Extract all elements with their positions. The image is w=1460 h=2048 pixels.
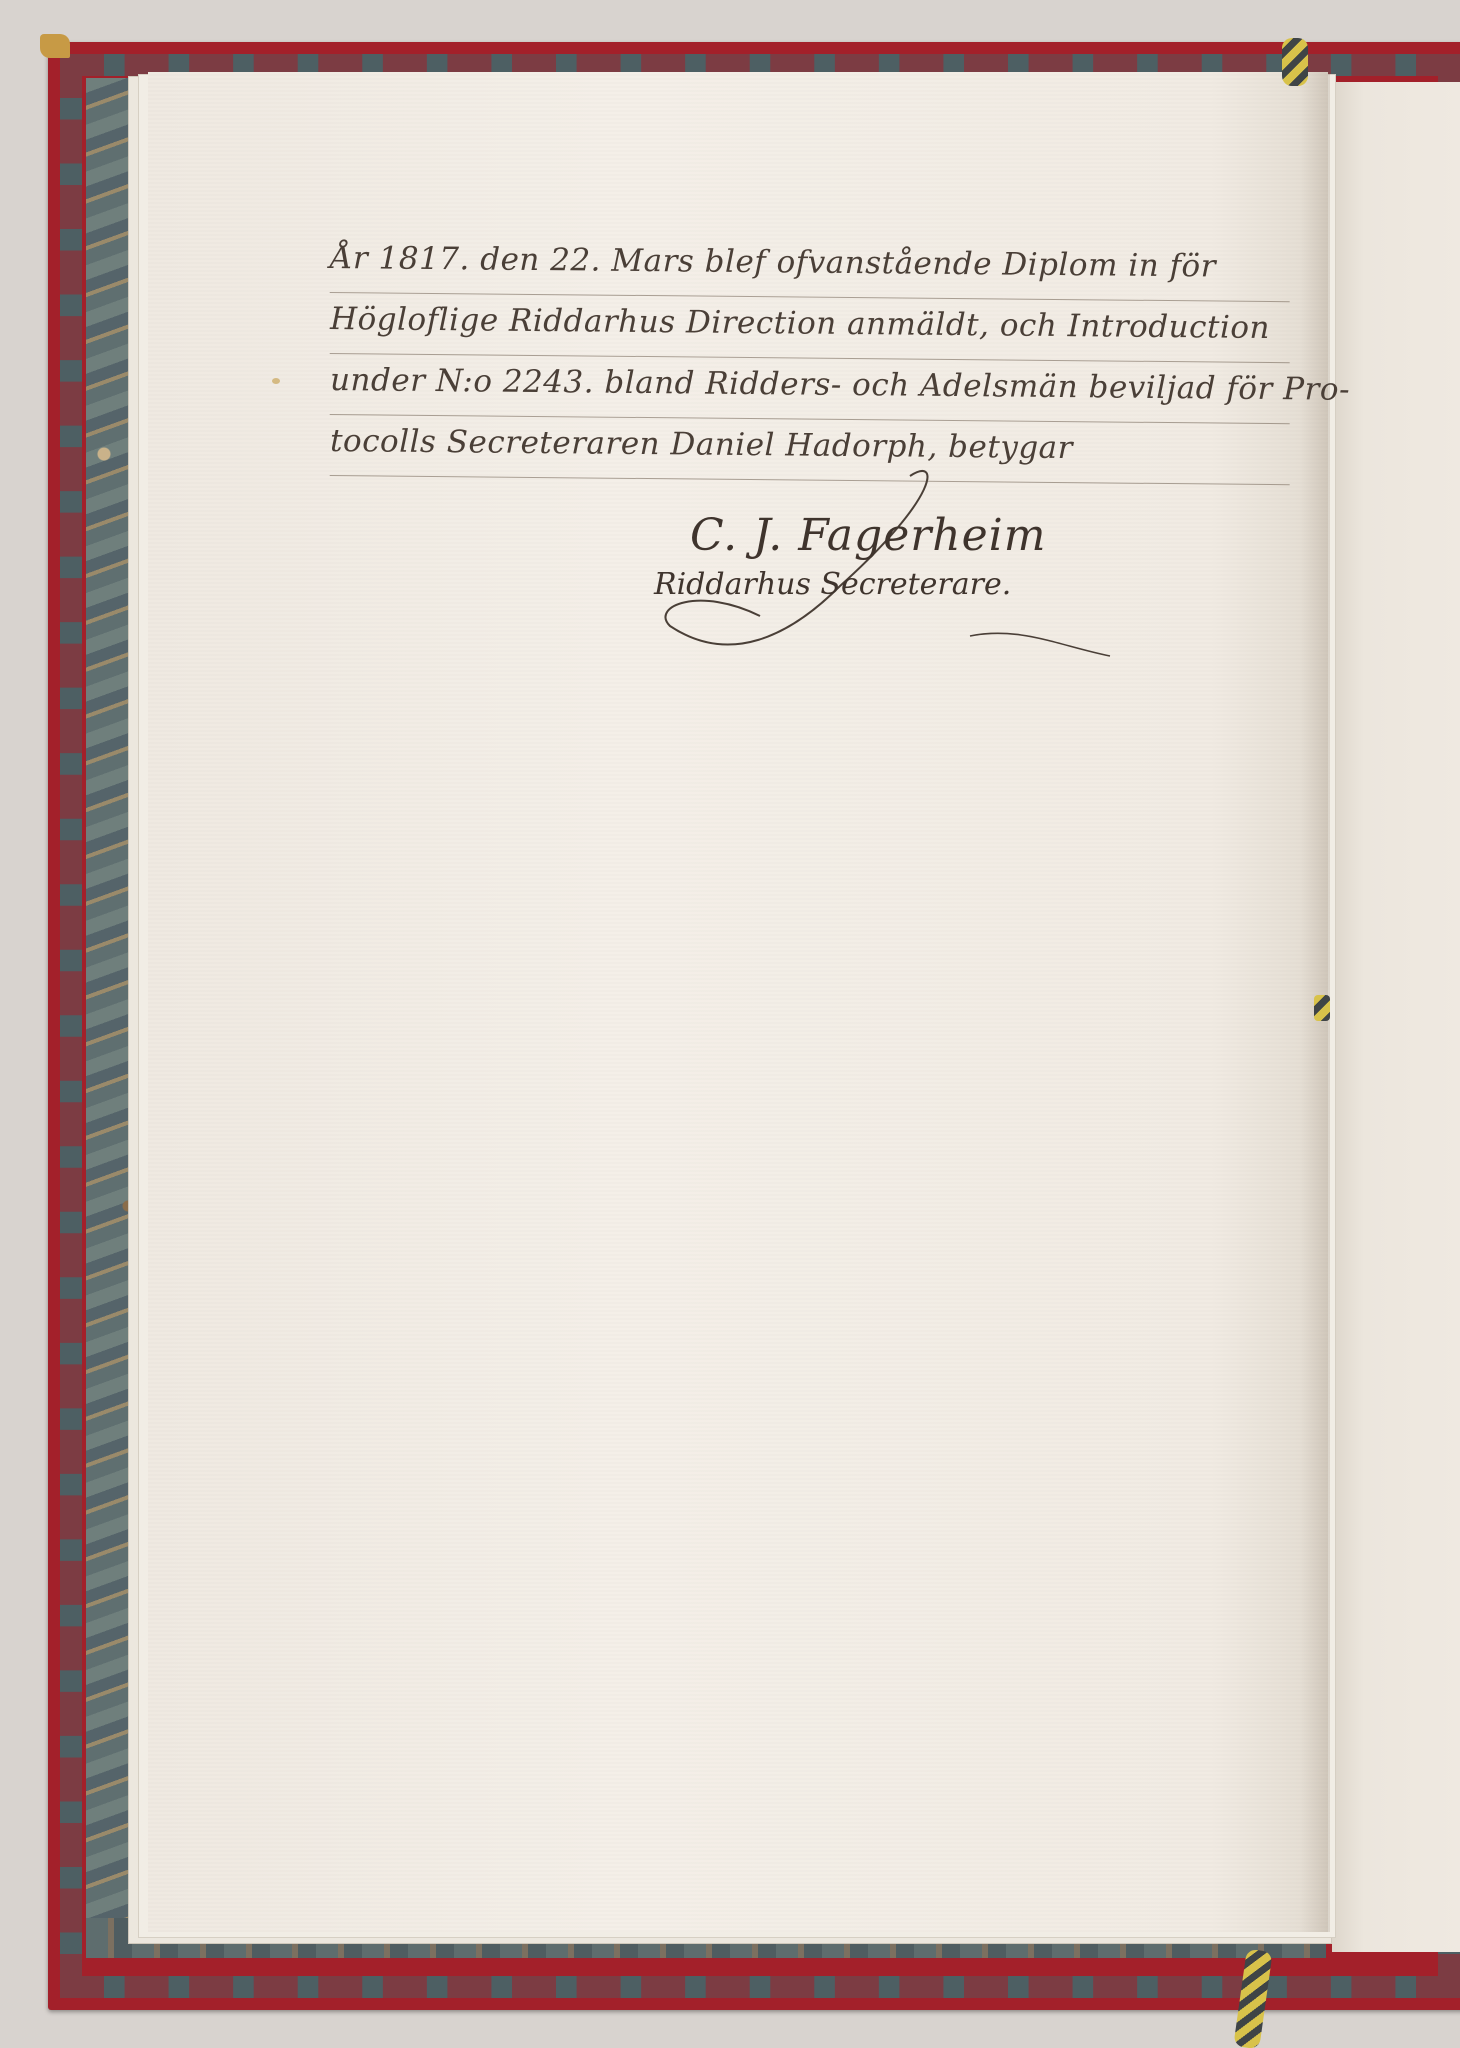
signature-block: C. J. Fagerheim Riddarhus Secreterare. [690,510,1046,602]
facing-page [1332,82,1460,1952]
handwritten-text: År 1817. den 22. Mars blef ofvanstående … [330,232,1290,476]
text-line-2: Högloflige Riddarhus Direction anmäldt, … [330,293,1291,363]
text-line-1: År 1817. den 22. Mars blef ofvanstående … [330,232,1291,302]
braided-cord-middle [1314,995,1330,1021]
signature-name: C. J. Fagerheim [690,510,1046,561]
cover-corner-wear [40,34,70,58]
signature-title: Riddarhus Secreterare. [654,567,1046,602]
text-line-3: under N:o 2243. bland Ridders- och Adels… [330,354,1291,424]
paper-stain [272,378,280,384]
braided-cord-top [1282,38,1308,86]
